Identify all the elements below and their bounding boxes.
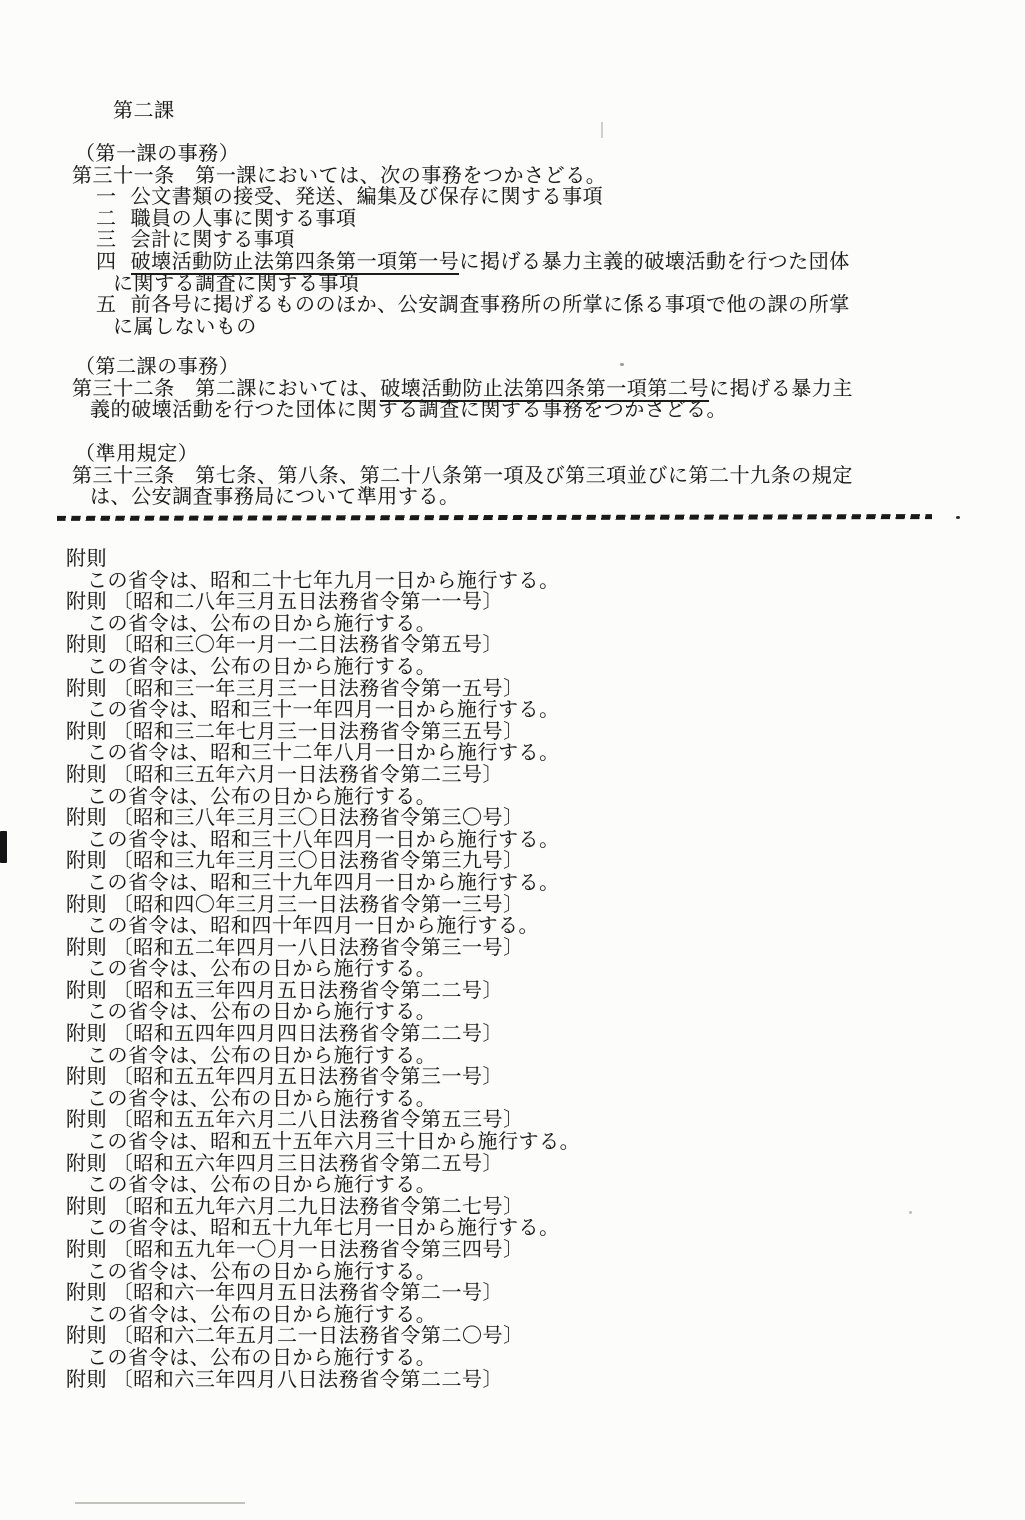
article-31-caption: （第一課の事務） [75,144,952,166]
appendix-entry-header: 附則 〔昭和二八年三月五日法務省令第一一号〕 [66,592,966,614]
appendix-entry-header: 附則 〔昭和三八年三月三〇日法務省令第三〇号〕 [66,808,966,830]
item-number: 一 [96,187,117,209]
item-number: 五 [96,295,117,317]
appendix-entry-body: この省令は、昭和三十一年四月一日から施行する。 [87,700,966,722]
article-32: （第二課の事務） 第三十二条 第二課においては、破壊活動防止法第四条第一項第二号… [72,357,952,422]
appendix-entry-body: この省令は、昭和三十二年八月一日から施行する。 [87,743,966,765]
article-31-item-5-continuation: に属しないもの [113,317,952,339]
appendix-entry-header: 附則 〔昭和四〇年三月三一日法務省令第一三号〕 [66,895,966,917]
article-33-caption: （準用規定） [75,444,952,466]
appendix-entry-body: この省令は、昭和四十年四月一日から施行する。 [87,916,966,938]
appendix-entry-header: 附則 〔昭和三九年三月三〇日法務省令第三九号〕 [66,851,966,873]
appendix-entry-body: この省令は、公布の日から施行する。 [87,1089,966,1111]
appendix-entry-body: この省令は、公布の日から施行する。 [87,1175,966,1197]
scan-artifact-left-edge-mark [0,831,7,863]
item-text: 職員の人事に関する事項 [131,208,357,230]
appendix-entry-body: この省令は、公布の日から施行する。 [87,1046,966,1068]
appendix-entry-header: 附則 〔昭和三〇年一月一二日法務省令第五号〕 [66,635,966,657]
scan-artifact-speck [620,363,624,366]
appendix-entry-header: 附則 〔昭和五六年四月三日法務省令第二五号〕 [66,1154,966,1176]
article-32-text: に掲げる暴力主 [709,378,853,400]
appendix-entry-body: この省令は、昭和五十五年六月三十日から施行する。 [87,1132,966,1154]
item-text: 公文書類の接受、発送、編集及び保存に関する事項 [131,186,604,208]
appendix-entry-body: この省令は、公布の日から施行する。 [87,614,966,636]
article-33-line-1: 第三十三条 第七条、第八条、第二十八条第一項及び第三項並びに第二十九条の規定 [72,466,952,488]
appendix-list: 附則この省令は、昭和二十七年九月一日から施行する。附則 〔昭和二八年三月五日法務… [66,549,966,1391]
appendix-entry-body: この省令は、昭和五十九年七月一日から施行する。 [87,1218,966,1240]
article-31: （第一課の事務） 第三十一条 第一課においては、次の事務をつかさどる。 一公文書… [72,144,952,338]
appendix-entry-header: 附則 〔昭和六三年四月八日法務省令第二二号〕 [66,1370,966,1392]
article-33: （準用規定） 第三十三条 第七条、第八条、第二十八条第一項及び第三項並びに第二十… [72,444,952,509]
appendix-entry-body: この省令は、公布の日から施行する。 [87,1002,966,1024]
dashed-separator [57,514,932,521]
article-32-text: 第三十二条 第二課においては、 [72,378,380,400]
appendix-entry-body: この省令は、昭和二十七年九月一日から施行する。 [87,571,966,593]
appendix-entry-header: 附則 〔昭和六一年四月五日法務省令第二一号〕 [66,1283,966,1305]
scan-artifact-streak [601,122,603,138]
item-number: 二 [96,209,117,231]
appendix-entry-header: 附則 [66,549,966,571]
appendix-entry-header: 附則 〔昭和五三年四月五日法務省令第二二号〕 [66,981,966,1003]
article-31-item-4-continuation: に関する調査に関する事項 [113,274,952,296]
dashed-separator-end-dot [956,516,960,519]
appendix-entry-header: 附則 〔昭和三五年六月一日法務省令第二三号〕 [66,765,966,787]
appendix-entry-header: 附則 〔昭和三一年三月三一日法務省令第一五号〕 [66,679,966,701]
appendix-entry-header: 附則 〔昭和五四年四月四日法務省令第二二号〕 [66,1024,966,1046]
item-number: 三 [96,230,117,252]
item-number: 四 [96,252,117,274]
scan-artifact-bottom-line [75,1502,245,1504]
item-underlined-law-reference: 破壊活動防止法第四条第一項第一号 [131,251,460,275]
appendix-entry-body: この省令は、公布の日から施行する。 [87,959,966,981]
item-text: 前各号に掲げるもののほか、公安調査事務所の所掌に係る事項で他の課の所掌 [131,294,850,316]
appendix-entry-header: 附則 〔昭和六二年五月二一日法務省令第二〇号〕 [66,1326,966,1348]
article-31-item-5: 五前各号に掲げるもののほか、公安調査事務所の所掌に係る事項で他の課の所掌 [96,295,952,317]
scanned-page: 第二課 （第一課の事務） 第三十一条 第一課においては、次の事務をつかさどる。 … [0,0,1025,1520]
appendix-entry-body: この省令は、昭和三十九年四月一日から施行する。 [87,873,966,895]
appendix-entry-body: この省令は、公布の日から施行する。 [87,787,966,809]
section-heading: 第二課 [113,101,175,123]
article-32-underlined-law-reference: 破壊活動防止法第四条第一項第二号 [380,378,709,402]
appendix-entry-header: 附則 〔昭和五九年一〇月一日法務省令第三四号〕 [66,1240,966,1262]
article-31-item-1: 一公文書類の接受、発送、編集及び保存に関する事項 [96,187,952,209]
article-32-line-2: 義的破壊活動を行つた団体に関する調査に関する事務をつかさどる。 [90,400,952,422]
appendix-entry-body: この省令は、公布の日から施行する。 [87,1262,966,1284]
article-32-line-1: 第三十二条 第二課においては、破壊活動防止法第四条第一項第二号に掲げる暴力主 [72,379,952,401]
appendix-entry-header: 附則 〔昭和五九年六月二九日法務省令第二七号〕 [66,1197,966,1219]
scan-artifact-speck [909,1211,912,1214]
appendix-entry-body: この省令は、公布の日から施行する。 [87,657,966,679]
article-33-line-2: は、公安調査事務局について準用する。 [90,487,952,509]
article-31-item-2: 二職員の人事に関する事項 [96,209,952,231]
appendix-entry-header: 附則 〔昭和五五年六月二八日法務省令第五三号〕 [66,1110,966,1132]
article-31-item-3: 三会計に関する事項 [96,230,952,252]
appendix-entry-body: この省令は、公布の日から施行する。 [87,1305,966,1327]
item-text: に掲げる暴力主義的破壊活動を行つた団体 [459,251,849,273]
appendix-entry-body: この省令は、昭和三十八年四月一日から施行する。 [87,830,966,852]
article-32-caption: （第二課の事務） [75,357,952,379]
appendix-entry-body: この省令は、公布の日から施行する。 [87,1348,966,1370]
appendix-entry-header: 附則 〔昭和五五年四月五日法務省令第三一号〕 [66,1067,966,1089]
article-31-intro: 第三十一条 第一課においては、次の事務をつかさどる。 [72,166,952,188]
article-31-item-4: 四破壊活動防止法第四条第一項第一号に掲げる暴力主義的破壊活動を行つた団体 [96,252,952,274]
appendix-entry-header: 附則 〔昭和五二年四月一八日法務省令第三一号〕 [66,938,966,960]
item-text: 会計に関する事項 [131,229,295,251]
appendix-entry-header: 附則 〔昭和三二年七月三一日法務省令第三五号〕 [66,722,966,744]
